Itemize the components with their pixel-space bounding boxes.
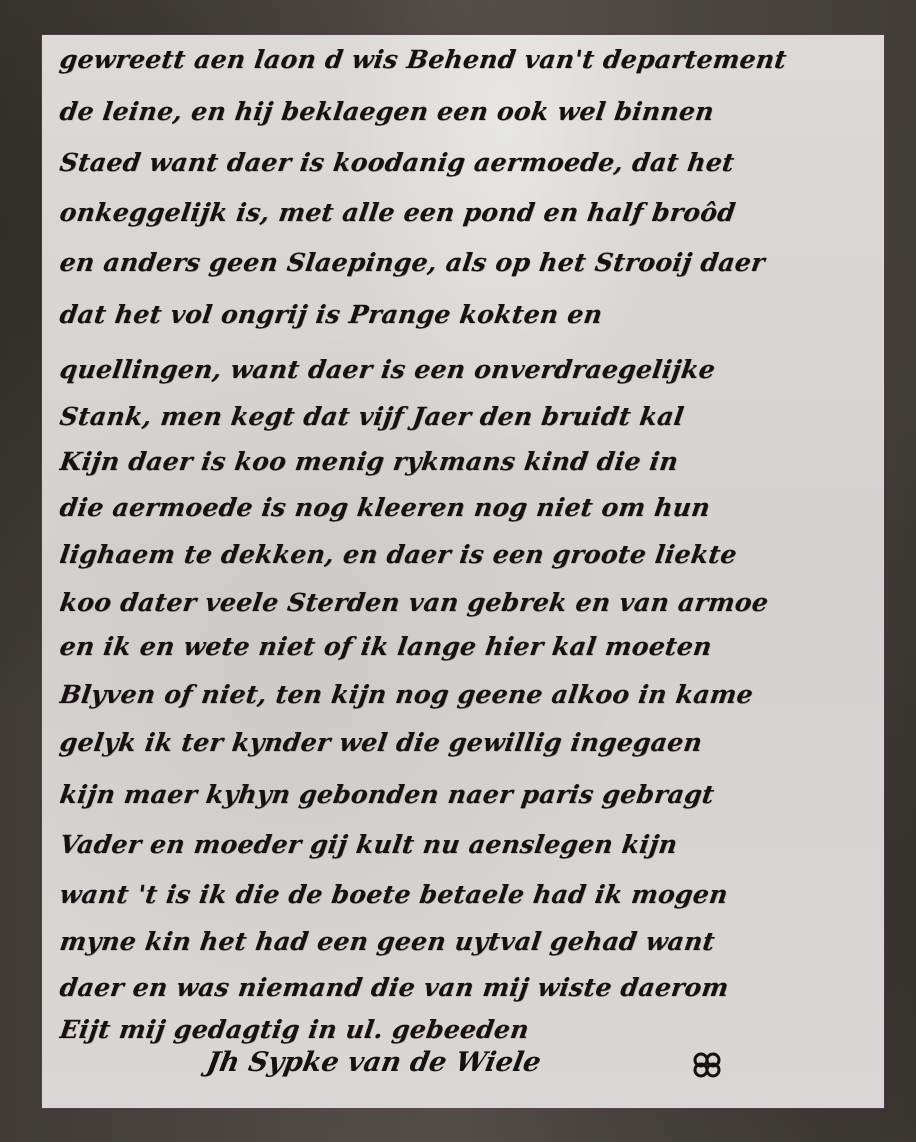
text-line-11: lighaem te dekken, en daer is een groote… [58, 540, 880, 569]
text-line-10: die aermoede is nog kleeren nog niet om … [58, 493, 880, 522]
text-line-15: gelyk ik ter kynder wel die gewillig ing… [58, 728, 880, 757]
text-line-8: Stank, men kegt dat vijf Jaer den bruidt… [58, 402, 880, 431]
text-line-21: Eijt mij gedagtig in ul. gebeeden [58, 1015, 880, 1044]
text-line-18: want 't is ik die de boete betaele had i… [58, 880, 880, 909]
text-line-6: dat het vol ongrij is Prange kokten en [58, 300, 880, 329]
text-line-3: Staed want daer is koodanig aermoede, da… [58, 148, 880, 177]
text-line-5: en anders geen Slaepinge, als op het Str… [58, 248, 880, 277]
text-line-4: onkeggelijk is, met alle een pond en hal… [58, 198, 880, 227]
text-line-16: kijn maer kyhyn gebonden naer paris gebr… [58, 780, 880, 809]
text-line-9: Kijn daer is koo menig rykmans kind die … [58, 447, 880, 476]
quatrefoil-mark-icon [690, 1049, 724, 1081]
text-line-7: quellingen, want daer is een onverdraege… [58, 355, 880, 384]
text-line-12: koo dater veele Sterden van gebrek en va… [58, 588, 880, 617]
text-line-1: gewreett aen laon d wis Behend van't dep… [58, 45, 880, 74]
letter-page: gewreett aen laon d wis Behend van't dep… [42, 35, 884, 1108]
text-line-17: Vader en moeder gij kult nu aenslegen ki… [58, 830, 880, 859]
text-line-20: daer en was niemand die van mij wiste da… [58, 973, 880, 1002]
text-line-2: de leine, en hij beklaegen een ook wel b… [58, 97, 880, 126]
text-line-19: myne kin het had een geen uytval gehad w… [58, 927, 880, 956]
text-line-13: en ik en wete niet of ik lange hier kal … [58, 632, 880, 661]
signature: Jh Sypke van de Wiele [204, 1047, 543, 1078]
text-line-14: Blyven of niet, ten kijn nog geene alkoo… [58, 680, 880, 709]
